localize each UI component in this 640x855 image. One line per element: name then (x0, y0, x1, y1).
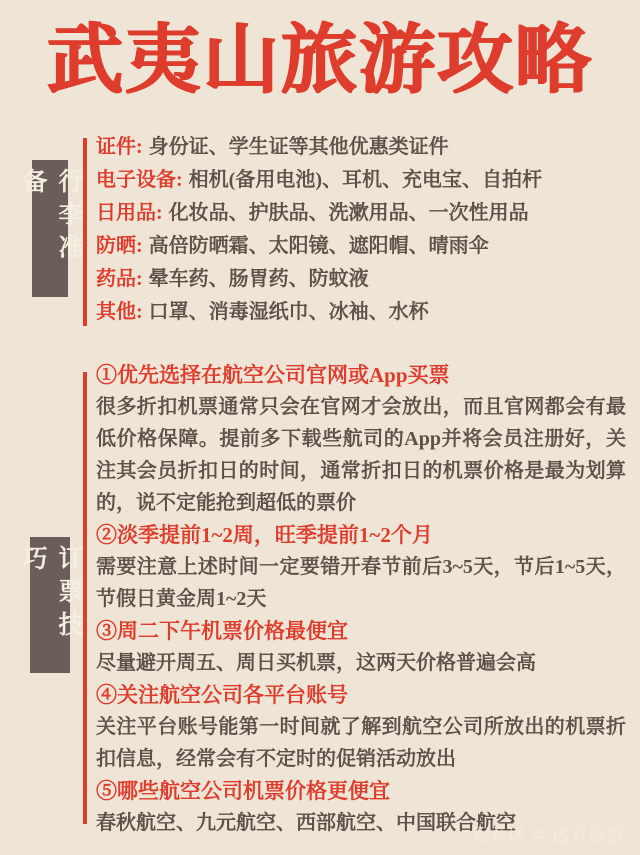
tip-heading: ①优先选择在航空公司官网或App买票 (96, 359, 626, 391)
tip-item: ④关注航空公司各平台账号 关注平台账号能第一时间就了解到航空公司所放出的机票折扣… (96, 679, 626, 775)
list-item: 电子设备:相机(备用电池)、耳机、充电宝、自拍杆 (96, 164, 632, 197)
list-item: 证件:身份证、学生证等其他优惠类证件 (96, 131, 632, 164)
item-label: 防晒: (96, 235, 143, 257)
tip-body: 需要注意上述时间一定要错开春节前后3~5天，节后1~5天，节假日黄金周1~2天 (96, 551, 626, 615)
item-label: 证件: (96, 136, 143, 158)
booking-tips-list: ①优先选择在航空公司官网或App买票 很多折扣机票通常只会在官网才会放出，而且官… (96, 359, 626, 839)
tip-body: 尽量避开周五、周日买机票，这两天价格普遍会高 (96, 647, 626, 679)
tip-body: 很多折扣机票通常只会在官网才会放出，而且官网都会有最低价格保障。提前多下载些航司… (96, 391, 626, 519)
item-text: 相机(备用电池)、耳机、充电宝、自拍杆 (189, 169, 542, 191)
item-label: 日用品: (96, 202, 163, 224)
list-item: 药品:晕车药、肠胃药、防蚊液 (96, 263, 632, 296)
item-label: 药品: (96, 268, 143, 290)
tip-heading: ③周二下午机票价格最便宜 (96, 615, 626, 647)
section-label-luggage: 行李准备 (32, 160, 68, 297)
tip-heading: ②淡季提前1~2周，旺季提前1~2个月 (96, 519, 626, 551)
list-item: 日用品:化妆品、护肤品、洗漱用品、一次性用品 (96, 197, 632, 230)
tip-heading: ⑤哪些航空公司机票价格更便宜 (96, 775, 626, 807)
list-item: 其他:口罩、消毒湿纸巾、冰袖、水杯 (96, 296, 632, 329)
tip-item: ③周二下午机票价格最便宜 尽量避开周五、周日买机票，这两天价格普遍会高 (96, 615, 626, 679)
travel-guide-poster: 武夷山旅游攻略 行李准备 证件:身份证、学生证等其他优惠类证件 电子设备:相机(… (0, 0, 640, 855)
item-text: 晕车药、肠胃药、防蚊液 (149, 268, 369, 290)
item-text: 高倍防晒霜、太阳镜、遮阳帽、晴雨伞 (149, 235, 489, 257)
divider-line-booking (83, 372, 87, 824)
item-text: 化妆品、护肤品、洗漱用品、一次性用品 (169, 202, 529, 224)
list-item: 防晒:高倍防晒霜、太阳镜、遮阳帽、晴雨伞 (96, 230, 632, 263)
luggage-list: 证件:身份证、学生证等其他优惠类证件 电子设备:相机(备用电池)、耳机、充电宝、… (96, 131, 632, 329)
page-title: 武夷山旅游攻略 (0, 16, 640, 106)
item-label: 其他: (96, 301, 143, 323)
tip-body: 关注平台账号能第一时间就了解到航空公司所放出的机票折扣信息，经常会有不定时的促销… (96, 711, 626, 775)
tip-item: ①优先选择在航空公司官网或App买票 很多折扣机票通常只会在官网才会放出，而且官… (96, 359, 626, 519)
item-label: 电子设备: (96, 169, 183, 191)
divider-line-luggage (83, 138, 87, 326)
tip-item: ②淡季提前1~2周，旺季提前1~2个月 需要注意上述时间一定要错开春节前后3~5… (96, 519, 626, 615)
watermark: 程社区 © 远方旅游 (473, 821, 624, 846)
item-text: 身份证、学生证等其他优惠类证件 (149, 136, 449, 158)
item-text: 口罩、消毒湿纸巾、冰袖、水杯 (149, 301, 429, 323)
tip-heading: ④关注航空公司各平台账号 (96, 679, 626, 711)
section-label-booking: 订票技巧 (30, 537, 70, 673)
